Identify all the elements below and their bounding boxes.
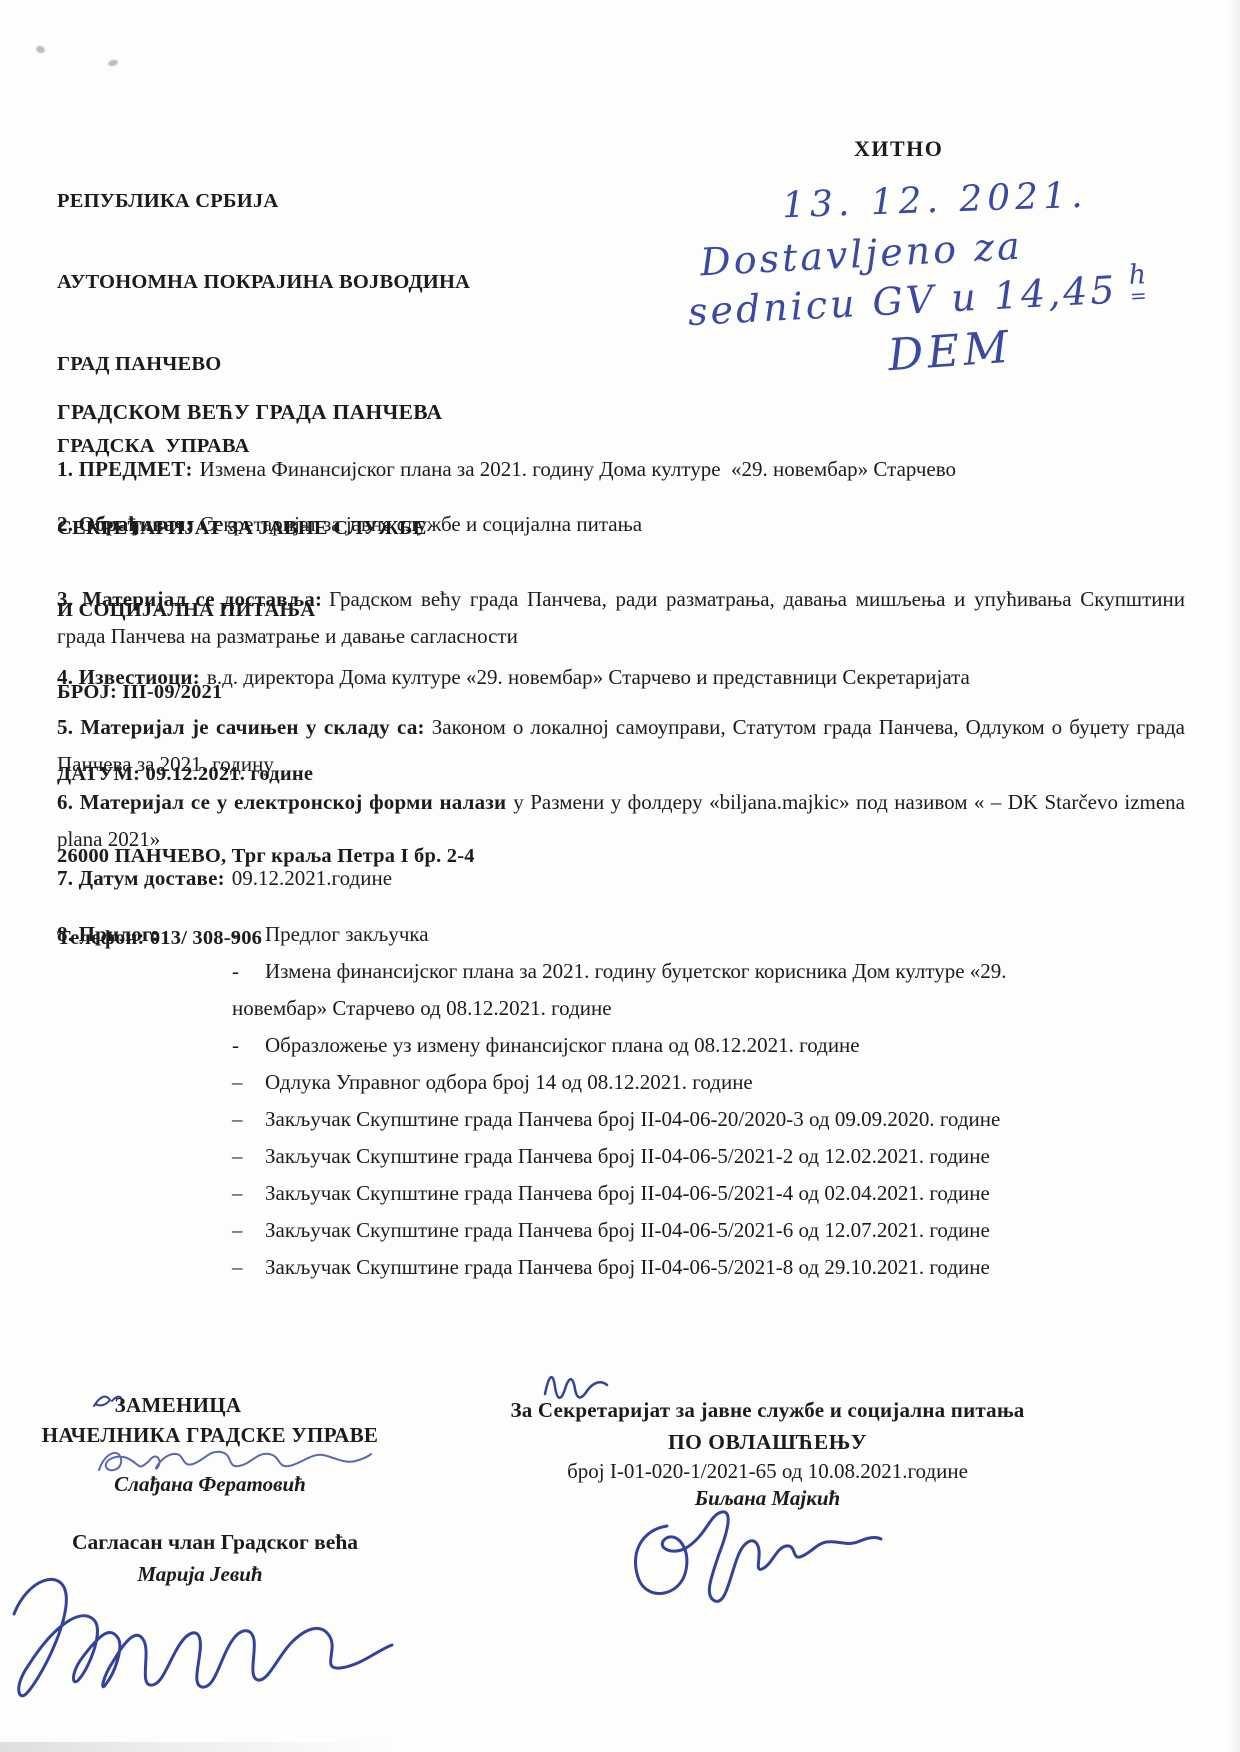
item-izvestioci: 4. Известиоци:в.д. директора Дома култур… (57, 659, 1185, 696)
deputy-title-line1: ЗАМЕНИЦА (8, 1390, 348, 1420)
deputy-name: Слађана Фератовић (40, 1472, 380, 1497)
handwritten-hour-superscript: h= (1128, 261, 1151, 306)
item-sacinjen-u-skladu: 5. Материјал је сачињен у складу са:Зако… (57, 709, 1185, 783)
item-label: 1. ПРЕДМЕТ: (57, 457, 193, 481)
attachment-item: –Закључак Скупштине града Панчева број I… (232, 1175, 1034, 1212)
item-predmet: 1. ПРЕДМЕТ:Измена Финансијског плана за … (57, 451, 1185, 488)
secretariat-for-line: За Секретаријат за јавне службе и соција… (480, 1398, 1055, 1423)
urgent-label: ХИТНО (854, 136, 943, 162)
attachment-text: Образложење уз измену финансијског плана… (265, 1033, 860, 1057)
scanned-document-page: РЕПУБЛИКА СРБИЈА АУТОНОМНА ПОКРАЈИНА ВОЈ… (0, 0, 1240, 1752)
by-authorization-line: ПО ОВЛАШЋЕЊУ (480, 1430, 1055, 1455)
attachment-text: Закључак Скупштине града Панчева број II… (265, 1144, 990, 1168)
item-label: 4. Известиоци: (57, 665, 200, 689)
attachment-text: Закључак Скупштине града Панчева број II… (265, 1218, 990, 1242)
authorization-number-line: број I-01-020-1/2021-65 од 10.08.2021.го… (480, 1459, 1055, 1484)
addressee-title: ГРАДСКОМ ВЕЋУ ГРАДА ПАНЧЕВА (57, 400, 442, 425)
scan-edge-shadow (1228, 0, 1240, 1752)
item-materijal-dostavlja: 3. Материјал се доставља:Градском већу г… (57, 581, 1185, 655)
list-dash: - (232, 916, 265, 953)
item-label: 3. Материјал се доставља: (57, 587, 322, 611)
list-dash: – (232, 1249, 265, 1286)
item-datum-dostave: 7. Датум доставе:09.12.2021.године (57, 860, 1185, 897)
attachment-text: Измена финансијског плана за 2021. годин… (232, 959, 1007, 1020)
handwritten-initials: DEM (886, 322, 1014, 382)
item-text: Секретаријат за јавне службе и социјална… (200, 512, 642, 536)
attachment-text: Закључак Скупштине града Панчева број II… (265, 1181, 990, 1205)
attachment-item: -Измена финансијског плана за 2021. годи… (232, 953, 1034, 1027)
scan-edge-smudge (0, 1742, 390, 1752)
attachment-text: Предлог закључка (265, 922, 429, 946)
scan-speck (107, 59, 118, 67)
item-obradjivac: 2. Обрађивач:Секретаријат за јавне служб… (57, 506, 1185, 543)
item-label: 2. Обрађивач: (57, 512, 193, 536)
scan-speck (35, 45, 46, 55)
attachment-item: –Закључак Скупштине града Панчева број I… (232, 1249, 1034, 1286)
underline-mark: = (1130, 285, 1151, 306)
list-dash: – (232, 1101, 265, 1138)
attachment-text: Одлука Управног одбора број 14 од 08.12.… (265, 1070, 753, 1094)
signature-marija-jevic (8, 1566, 398, 1706)
attachment-item: –Одлука Управног одбора број 14 од 08.12… (232, 1064, 1034, 1101)
attachment-item: –Закључак Скупштине града Панчева број I… (232, 1138, 1034, 1175)
handwritten-date: 13. 12. 2021. (781, 175, 1088, 227)
attachment-item: –Закључак Скупштине града Панчева број I… (232, 1101, 1034, 1138)
item-text: Измена Финансијског плана за 2021. годин… (200, 457, 956, 481)
attachment-text: Закључак Скупштине града Панчева број II… (265, 1107, 1000, 1131)
list-dash: - (232, 1027, 265, 1064)
item-label: 8. Прилог: (57, 922, 159, 946)
attachment-text: Закључак Скупштине града Панчева број II… (265, 1255, 990, 1279)
item-label: 6. Материјал се у електронској форми нал… (57, 790, 506, 814)
list-dash: – (232, 1175, 265, 1212)
consent-member-title: Сагласан члан Градског већа (30, 1530, 400, 1555)
attachment-item: –Закључак Скупштине града Панчева број I… (232, 1212, 1034, 1249)
item-text: 09.12.2021.године (232, 866, 392, 890)
item-label: 7. Датум доставе: (57, 866, 225, 890)
signature-biljana-majkic (625, 1496, 890, 1604)
attachment-list: -Предлог закључка -Измена финансијског п… (232, 916, 1034, 1286)
secretariat-signature-block: За Секретаријат за јавне службе и соција… (480, 1398, 1055, 1511)
list-dash: – (232, 1138, 265, 1175)
header-line: АУТОНОМНА ПОКРАЈИНА ВОЈВОДИНА (57, 269, 475, 296)
header-line: РЕПУБЛИКА СРБИЈА (57, 188, 475, 215)
item-text: в.д. директора Дома културе «29. новемба… (207, 665, 970, 689)
item-label: 5. Материјал је сачињен у складу са: (57, 715, 425, 739)
item-elektronska-forma: 6. Материјал се у електронској форми нал… (57, 784, 1185, 858)
list-dash: - (232, 953, 265, 990)
header-line: ГРАД ПАНЧЕВО (57, 351, 475, 378)
attachment-item: -Предлог закључка (232, 916, 1034, 953)
attachment-item: -Образложење уз измену финансијског план… (232, 1027, 1034, 1064)
list-dash: – (232, 1064, 265, 1101)
list-dash: – (232, 1212, 265, 1249)
